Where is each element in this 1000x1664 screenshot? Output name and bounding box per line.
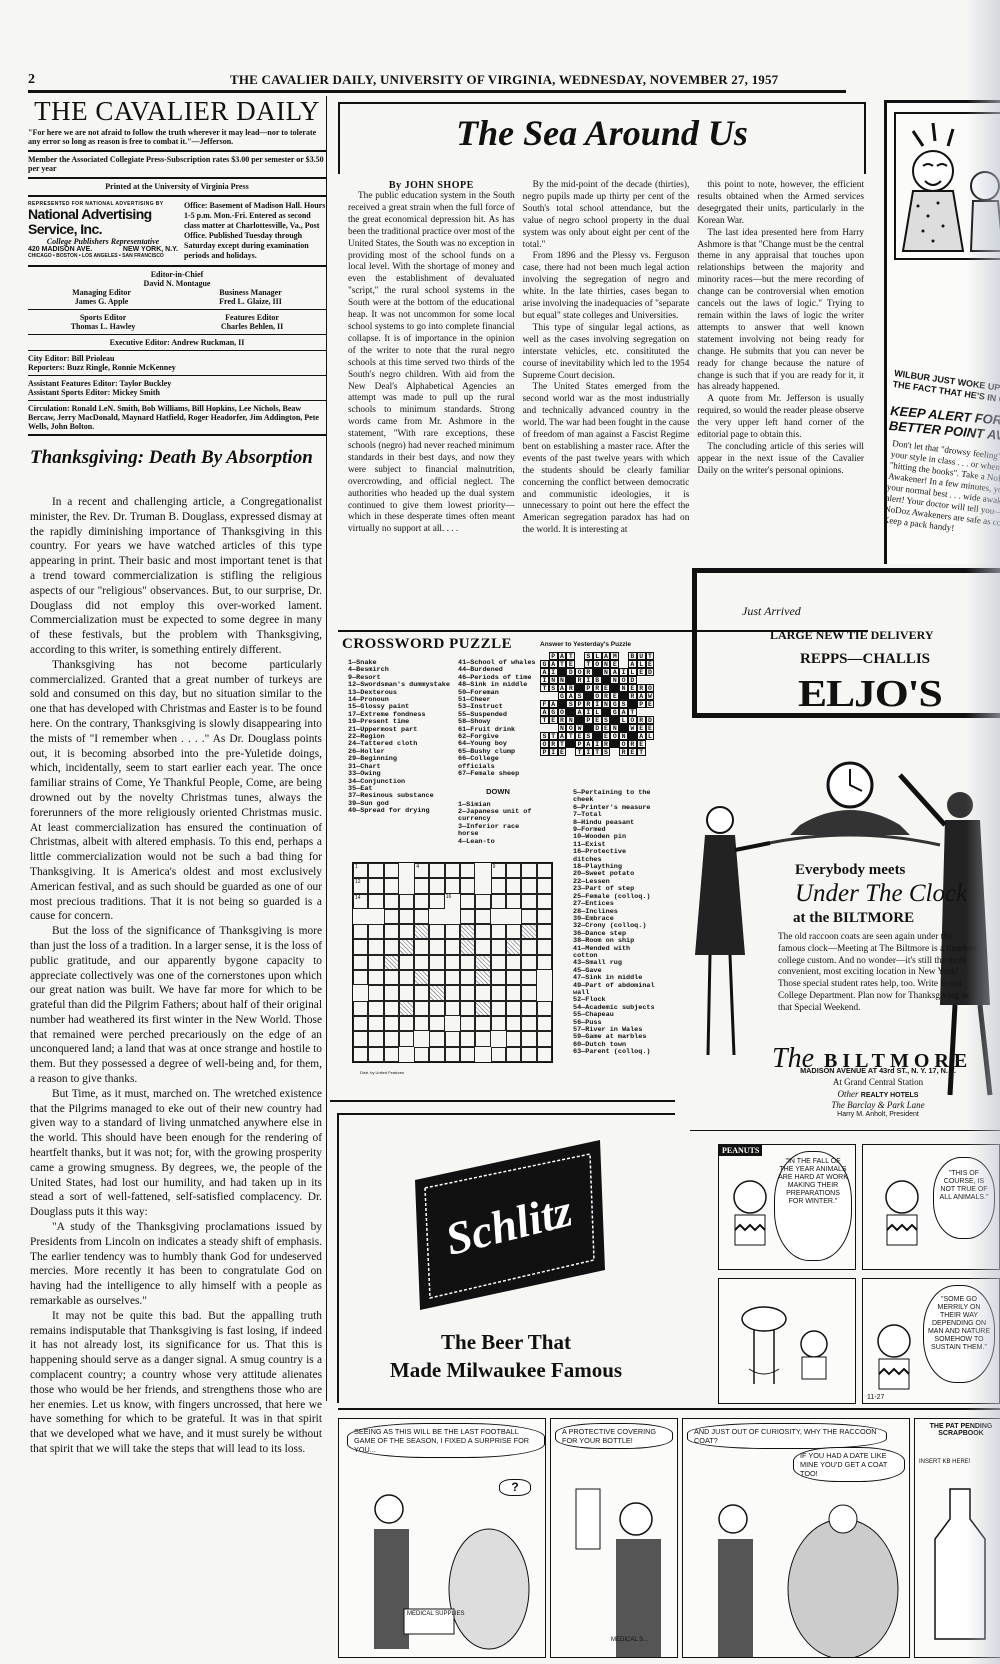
crossword-cell[interactable] xyxy=(414,1001,429,1016)
crossword-cell[interactable] xyxy=(353,924,368,939)
crossword-cell[interactable] xyxy=(445,970,460,985)
column-divider xyxy=(326,96,327,1401)
crossword-cell[interactable] xyxy=(399,955,414,970)
answer-cell: T xyxy=(540,716,549,724)
answer-cell: R xyxy=(602,740,611,748)
answer-cell xyxy=(610,740,619,748)
answer-cell: T xyxy=(584,660,593,668)
answer-cell: P xyxy=(575,700,584,708)
answer-cell xyxy=(549,724,558,732)
crossword-cell[interactable] xyxy=(460,1031,475,1046)
crossword-cell[interactable] xyxy=(521,1001,536,1016)
crossword-grid[interactable]: 149121416 xyxy=(352,862,553,1063)
answer-cell xyxy=(575,652,584,660)
answer-cell: N xyxy=(566,716,575,724)
crossword-cell[interactable] xyxy=(445,1001,460,1016)
comic-panel-1: SEEING AS THIS WILL BE THE LAST FOOTBALL… xyxy=(338,1418,546,1658)
crossword-cell[interactable] xyxy=(445,985,460,1000)
crossword-cell[interactable] xyxy=(506,1016,521,1031)
answer-cell: R xyxy=(584,668,593,676)
crossword-cell[interactable] xyxy=(537,1047,552,1062)
crossword-cell[interactable] xyxy=(384,955,399,970)
crossword-cell[interactable] xyxy=(460,970,475,985)
answer-cell xyxy=(540,692,549,700)
crossword-cell[interactable] xyxy=(491,970,506,985)
crossword-cell[interactable] xyxy=(475,909,490,924)
crossword-cell[interactable] xyxy=(521,939,536,954)
crossword-cell[interactable] xyxy=(521,909,536,924)
crossword-cell[interactable] xyxy=(368,939,383,954)
peanuts-tag: PEANUTS xyxy=(719,1145,762,1156)
crossword-cell[interactable] xyxy=(429,970,444,985)
answer-cell: P xyxy=(575,740,584,748)
crossword-cell[interactable] xyxy=(506,894,521,909)
crossword-cell[interactable] xyxy=(353,970,368,985)
crossword-cell[interactable] xyxy=(460,863,475,878)
crossword-cell[interactable] xyxy=(368,1016,383,1031)
crossword-cell[interactable] xyxy=(506,1001,521,1016)
crossword-cell[interactable] xyxy=(521,894,536,909)
crossword-cell[interactable] xyxy=(537,924,552,939)
answer-cell xyxy=(646,708,655,716)
crossword-cell[interactable] xyxy=(368,924,383,939)
answer-cell: O xyxy=(646,684,655,692)
crossword-cell[interactable] xyxy=(491,1016,506,1031)
editorial-title: Thanksgiving: Death By Absorption xyxy=(30,447,320,468)
biltmore-body: The old raccoon coats are seen again und… xyxy=(778,932,978,1015)
crossword-cell[interactable] xyxy=(414,878,429,893)
crossword-cell[interactable] xyxy=(537,955,552,970)
crossword-cell xyxy=(429,909,444,924)
answer-cell: A xyxy=(575,708,584,716)
crossword-cell[interactable] xyxy=(445,1047,460,1062)
managing-editor: James G. Apple xyxy=(72,297,131,306)
crossword-cell[interactable] xyxy=(384,909,399,924)
answer-cell: M xyxy=(610,652,619,660)
answer-cell: F xyxy=(540,700,549,708)
office-info: Office: Basement of Madison Hall. Hours … xyxy=(184,201,326,261)
crossword-cell[interactable] xyxy=(521,970,536,985)
column-paragraph: The United States emerged from the secon… xyxy=(523,382,690,537)
crossword-cell[interactable] xyxy=(429,1016,444,1031)
answer-cell xyxy=(628,732,637,740)
crossword-cell[interactable] xyxy=(384,863,399,878)
features-editor: Charles Behlen, II xyxy=(221,322,283,331)
column-body: By JOHN SHOPE The public education syste… xyxy=(348,180,864,537)
answer-cell: E xyxy=(566,660,575,668)
crossword-cell xyxy=(475,878,490,893)
section-rule xyxy=(338,1408,1000,1410)
crossword-cell[interactable] xyxy=(368,894,383,909)
crossword-cell[interactable] xyxy=(399,970,414,985)
crossword-cell[interactable] xyxy=(445,1031,460,1046)
crossword-cell[interactable] xyxy=(491,939,506,954)
crossword-cell[interactable] xyxy=(475,955,490,970)
asst-features-editor: Assistant Features Editor: Taylor Buckle… xyxy=(28,379,326,388)
down-clue: 41—Mended with cotton xyxy=(573,946,658,961)
crossword-cell[interactable] xyxy=(384,985,399,1000)
answer-cell: E xyxy=(646,724,655,732)
crossword-cell[interactable] xyxy=(353,1016,368,1031)
crossword-cell[interactable] xyxy=(521,924,536,939)
crossword-cell[interactable] xyxy=(491,894,506,909)
crossword-cell[interactable] xyxy=(384,1031,399,1046)
speech-bubble: "SOME GO MERRILY ON THEIR WAY DEPENDING … xyxy=(923,1285,995,1383)
answer-cell: S xyxy=(602,716,611,724)
crossword-cell[interactable] xyxy=(537,939,552,954)
biltmore-address: MADISON AVENUE AT 43rd ST., N. Y. 17, N.… xyxy=(768,1066,988,1075)
crossword-cell[interactable] xyxy=(429,1031,444,1046)
peanuts-strip: PEANUTS "IN THE FALL OF THE YEAR ANIMALS… xyxy=(718,1144,1000,1404)
crossword-cell[interactable] xyxy=(414,985,429,1000)
crossword-cell[interactable]: 1 xyxy=(353,863,368,878)
distributor-credit: Distr. by United Features xyxy=(360,1070,404,1075)
crossword-cell[interactable] xyxy=(445,878,460,893)
crossword-cell[interactable] xyxy=(353,1031,368,1046)
crossword-cell[interactable] xyxy=(475,1001,490,1016)
across-clues-1: 1—Snake4—Besmirch9—Resort12—Swordsman's … xyxy=(348,660,458,816)
crossword-cell[interactable] xyxy=(537,1031,552,1046)
crossword-cell[interactable] xyxy=(460,985,475,1000)
crossword-cell[interactable] xyxy=(521,1031,536,1046)
crossword-cell[interactable] xyxy=(384,1016,399,1031)
answer-cell xyxy=(637,708,646,716)
crossword-cell[interactable] xyxy=(475,894,490,909)
crossword-cell[interactable] xyxy=(445,924,460,939)
crossword-cell[interactable] xyxy=(521,878,536,893)
answer-cell xyxy=(566,740,575,748)
crossword-cell[interactable] xyxy=(368,1047,383,1062)
crossword-cell[interactable] xyxy=(414,1016,429,1031)
crossword-cell[interactable]: 12 xyxy=(353,878,368,893)
crossword-cell[interactable] xyxy=(384,970,399,985)
crossword-cell[interactable] xyxy=(429,985,444,1000)
answer-cell: E xyxy=(549,716,558,724)
answer-cell: A xyxy=(619,708,628,716)
answer-cell xyxy=(646,748,655,756)
crossword-cell[interactable] xyxy=(429,863,444,878)
eljos-line2: REPPS—CHALLIS xyxy=(800,651,930,668)
crossword-cell xyxy=(353,909,368,924)
answer-cell: N xyxy=(610,724,619,732)
crossword-cell[interactable] xyxy=(506,970,521,985)
answer-cell: T xyxy=(593,748,602,756)
crossword-cell[interactable] xyxy=(460,909,475,924)
answer-cell: S xyxy=(584,732,593,740)
answer-cell: I xyxy=(584,748,593,756)
crossword-cell[interactable] xyxy=(506,955,521,970)
crossword-cell[interactable] xyxy=(384,878,399,893)
answer-cell: N xyxy=(602,660,611,668)
nodoz-ad: WILBUR JUST WOKE UP TO THE FACT THAT HE'… xyxy=(884,100,1000,564)
membership-line: Member the Associated Collegiate Press-S… xyxy=(28,150,326,173)
answer-cell: P xyxy=(637,700,646,708)
crossword-cell xyxy=(399,878,414,893)
student-illustration-icon xyxy=(893,111,1000,261)
crossword-cell xyxy=(475,1047,490,1062)
crossword-cell[interactable] xyxy=(414,924,429,939)
crossword-cell[interactable] xyxy=(429,939,444,954)
crossword-cell[interactable] xyxy=(353,1001,368,1016)
biltmore-script: Under The Clock xyxy=(795,880,967,908)
crossword-cell[interactable] xyxy=(537,863,552,878)
answer-grid: PATSLAMBUTGATETONEALEAIDORNAILEDINNRIBNO… xyxy=(540,652,654,756)
crossword-cell[interactable] xyxy=(475,939,490,954)
answer-cell: E xyxy=(610,660,619,668)
crossword-cell[interactable] xyxy=(353,939,368,954)
answer-cell: I xyxy=(549,748,558,756)
crossword-cell[interactable] xyxy=(384,1001,399,1016)
crossword-cell[interactable] xyxy=(506,924,521,939)
answer-cell xyxy=(628,700,637,708)
crossword-cell[interactable] xyxy=(491,878,506,893)
answer-cell: D xyxy=(646,716,655,724)
crossword-cell[interactable] xyxy=(445,863,460,878)
crossword-cell[interactable] xyxy=(429,955,444,970)
answer-cell: O xyxy=(619,676,628,684)
crossword-cell[interactable] xyxy=(384,894,399,909)
eljos-line1: LARGE NEW TIE DELIVERY xyxy=(770,628,934,643)
answer-cell: O xyxy=(558,708,567,716)
answer-cell: P xyxy=(584,684,593,692)
crossword-cell[interactable] xyxy=(537,1001,552,1016)
crossword-cell[interactable] xyxy=(368,1031,383,1046)
crossword-cell[interactable] xyxy=(537,1016,552,1031)
crossword-cell[interactable] xyxy=(460,924,475,939)
answer-cell: I xyxy=(549,668,558,676)
speech-bubble: AND JUST OUT OF CURIOSITY, WHY THE RACCO… xyxy=(687,1423,887,1449)
crossword-cell[interactable] xyxy=(429,878,444,893)
crossword-cell[interactable] xyxy=(506,939,521,954)
answer-cell: A xyxy=(549,700,558,708)
business-manager: Fred L. Glaize, III xyxy=(219,297,282,306)
crossword-cell[interactable] xyxy=(521,863,536,878)
crossword-cell[interactable] xyxy=(521,1047,536,1062)
answer-cell: A xyxy=(549,660,558,668)
answer-cell: L xyxy=(628,668,637,676)
answer-cell: A xyxy=(610,668,619,676)
crossword-cell[interactable] xyxy=(368,1001,383,1016)
crossword-cell xyxy=(414,1031,429,1046)
crossword-cell[interactable] xyxy=(429,894,444,909)
answer-cell: D xyxy=(628,676,637,684)
crossword-cell[interactable] xyxy=(460,955,475,970)
section-rule xyxy=(690,1130,1000,1131)
crossword-cell[interactable] xyxy=(491,1001,506,1016)
city-editor: City Editor: Bill Prioleau xyxy=(28,354,326,363)
answer-cell: S xyxy=(575,692,584,700)
answer-cell: T xyxy=(646,652,655,660)
crossword-cell[interactable] xyxy=(460,1016,475,1031)
crossword-cell[interactable] xyxy=(368,970,383,985)
biltmore-at: at the BILTMORE xyxy=(793,910,914,927)
answer-cell: G xyxy=(549,708,558,716)
crossword-cell[interactable] xyxy=(475,985,490,1000)
down-clue: 16—Protective ditches xyxy=(573,849,658,864)
crossword-cell[interactable] xyxy=(537,909,552,924)
crossword-cell[interactable] xyxy=(521,985,536,1000)
schlitz-line1: The Beer That xyxy=(337,1330,675,1355)
crossword-cell[interactable] xyxy=(475,924,490,939)
crossword-answer-label: Answer to Yesterday's Puzzle xyxy=(540,641,631,648)
crossword-cell[interactable] xyxy=(460,1001,475,1016)
crossword-cell[interactable] xyxy=(353,955,368,970)
crossword-cell[interactable] xyxy=(491,955,506,970)
crossword-cell[interactable] xyxy=(445,955,460,970)
answer-cell: R xyxy=(637,684,646,692)
crossword-cell[interactable] xyxy=(414,909,429,924)
crossword-cell[interactable] xyxy=(475,1031,490,1046)
crossword-cell[interactable] xyxy=(399,985,414,1000)
crossword-cell[interactable] xyxy=(399,1016,414,1031)
answer-cell: E xyxy=(637,724,646,732)
crossword-cell[interactable] xyxy=(506,1047,521,1062)
answer-cell: I xyxy=(584,708,593,716)
down-clue: 3—Inferior race horse xyxy=(458,824,538,839)
crossword-cell[interactable]: 4 xyxy=(414,863,429,878)
charlie-brown-icon xyxy=(725,1175,775,1255)
crossword-cell xyxy=(445,909,460,924)
crossword-cell[interactable] xyxy=(506,863,521,878)
answer-cell: S xyxy=(602,748,611,756)
answer-cell xyxy=(549,692,558,700)
editorial-body: In a recent and challenging article, a C… xyxy=(30,495,322,1457)
answer-cell: E xyxy=(593,716,602,724)
crossword-cell[interactable] xyxy=(491,1047,506,1062)
crossword-cell[interactable] xyxy=(537,878,552,893)
crossword-cell[interactable] xyxy=(429,1047,444,1062)
down-clue: 63—Parent (colloq.) xyxy=(573,1049,658,1056)
answer-cell: R xyxy=(549,740,558,748)
answer-cell: D xyxy=(593,724,602,732)
answer-cell: D xyxy=(646,668,655,676)
peanuts-panel-3 xyxy=(718,1278,856,1404)
crossword-cell[interactable] xyxy=(399,1001,414,1016)
answer-cell: L xyxy=(646,732,655,740)
crossword-cell[interactable] xyxy=(368,863,383,878)
answer-cell: R xyxy=(558,716,567,724)
crossword-cell[interactable] xyxy=(475,1016,490,1031)
crossword-cell[interactable] xyxy=(399,909,414,924)
answer-cell xyxy=(619,692,628,700)
answer-cell: N xyxy=(619,732,628,740)
crossword-cell[interactable] xyxy=(399,1031,414,1046)
crossword-cell[interactable] xyxy=(399,894,414,909)
answer-cell xyxy=(575,684,584,692)
answer-cell: R xyxy=(593,684,602,692)
nas-address: 420 MADISON AVE. xyxy=(28,246,92,253)
answer-cell: E xyxy=(610,692,619,700)
crossword-cell[interactable] xyxy=(384,939,399,954)
crossword-cell[interactable] xyxy=(460,939,475,954)
crossword-cell[interactable] xyxy=(414,955,429,970)
answer-cell xyxy=(566,748,575,756)
answer-cell: L xyxy=(619,716,628,724)
box-label: MEDICAL SUPPLIES xyxy=(407,1611,464,1617)
editor-in-chief-label: Editor-in-Chief xyxy=(28,270,326,279)
crossword-cell xyxy=(399,863,414,878)
crossword-cell[interactable] xyxy=(414,970,429,985)
schlitz-line2: Made Milwaukee Famous xyxy=(337,1358,675,1383)
answer-cell: O xyxy=(540,740,549,748)
answer-cell: R xyxy=(566,684,575,692)
answer-cell xyxy=(593,732,602,740)
crossword-cell[interactable] xyxy=(491,985,506,1000)
editorial-paragraph: In a recent and challenging article, a C… xyxy=(30,495,322,658)
down-clue: 5—Pertaining to the cheek xyxy=(573,790,658,805)
answer-cell: S xyxy=(540,732,549,740)
running-head: THE CAVALIER DAILY, UNIVERSITY OF VIRGIN… xyxy=(230,72,990,88)
column-paragraph: A quote from Mr. Jefferson is usually re… xyxy=(697,394,864,442)
crossword-cell[interactable]: 9 xyxy=(491,863,506,878)
answer-cell: E xyxy=(646,660,655,668)
crossword-cell[interactable] xyxy=(429,924,444,939)
crossword-cell[interactable] xyxy=(521,1016,536,1031)
bottom-comic-strip: SEEING AS THIS WILL BE THE LAST FOOTBALL… xyxy=(338,1418,1000,1664)
crossword-cell[interactable] xyxy=(506,878,521,893)
column-paragraph: The concluding article of this series wi… xyxy=(697,442,864,478)
answer-cell: N xyxy=(549,676,558,684)
answer-cell: E xyxy=(646,700,655,708)
crossword-cell xyxy=(537,970,552,985)
crossword-cell[interactable] xyxy=(414,1047,429,1062)
nas-city: NEW YORK, N.Y. xyxy=(123,246,178,253)
crossword-cell[interactable] xyxy=(384,1047,399,1062)
answer-cell: U xyxy=(637,652,646,660)
crossword-cell[interactable] xyxy=(475,970,490,985)
crossword-cell[interactable] xyxy=(506,1031,521,1046)
sports-label: Sports Editor xyxy=(71,313,136,322)
crossword-cell[interactable] xyxy=(429,1001,444,1016)
speech-bubble: A PROTECTIVE COVERING FOR YOUR BOTTLE! xyxy=(555,1423,673,1449)
crossword-cell[interactable] xyxy=(460,894,475,909)
column-paragraph: From 1896 and the Plessy vs. Ferguson ca… xyxy=(523,251,690,322)
crossword-cell[interactable] xyxy=(521,955,536,970)
down-clue: 2—Japanese unit of currency xyxy=(458,809,538,824)
nas-cities: CHICAGO • BOSTON • LOS ANGELES • SAN FRA… xyxy=(28,253,178,259)
crossword-cell[interactable] xyxy=(506,985,521,1000)
crossword-cell[interactable] xyxy=(414,894,429,909)
crossword-cell[interactable] xyxy=(414,939,429,954)
peanuts-panel-4: "SOME GO MERRILY ON THEIR WAY DEPENDING … xyxy=(862,1278,1000,1404)
answer-cell: A xyxy=(558,652,567,660)
crossword-cell[interactable] xyxy=(384,924,399,939)
header-rule xyxy=(28,90,846,93)
speech-bubble: IF YOU HAD A DATE LIKE MINE YOU'D GET A … xyxy=(793,1447,905,1482)
crossword-cell[interactable]: 14 xyxy=(353,894,368,909)
crossword-cell[interactable] xyxy=(399,939,414,954)
crossword-cell[interactable] xyxy=(368,955,383,970)
crossword-cell[interactable] xyxy=(445,939,460,954)
crossword-cell[interactable] xyxy=(399,924,414,939)
answer-cell: P xyxy=(584,716,593,724)
crossword-cell[interactable] xyxy=(353,1047,368,1062)
strip-date: 11-27 xyxy=(867,1394,884,1401)
crossword-cell[interactable] xyxy=(368,985,383,1000)
answer-cell: B xyxy=(593,676,602,684)
crossword-cell[interactable] xyxy=(491,924,506,939)
crossword-cell xyxy=(537,985,552,1000)
crossword-cell[interactable] xyxy=(537,894,552,909)
jefferson-quote: "For here we are not afraid to follow th… xyxy=(28,128,326,146)
answer-cell: E xyxy=(558,748,567,756)
page-number: 2 xyxy=(28,72,35,88)
crossword-cell[interactable] xyxy=(368,878,383,893)
charlie-brown-icon xyxy=(877,1175,927,1255)
answer-cell: O xyxy=(619,740,628,748)
crossword-cell[interactable] xyxy=(460,878,475,893)
crossword-cell[interactable] xyxy=(460,1047,475,1062)
